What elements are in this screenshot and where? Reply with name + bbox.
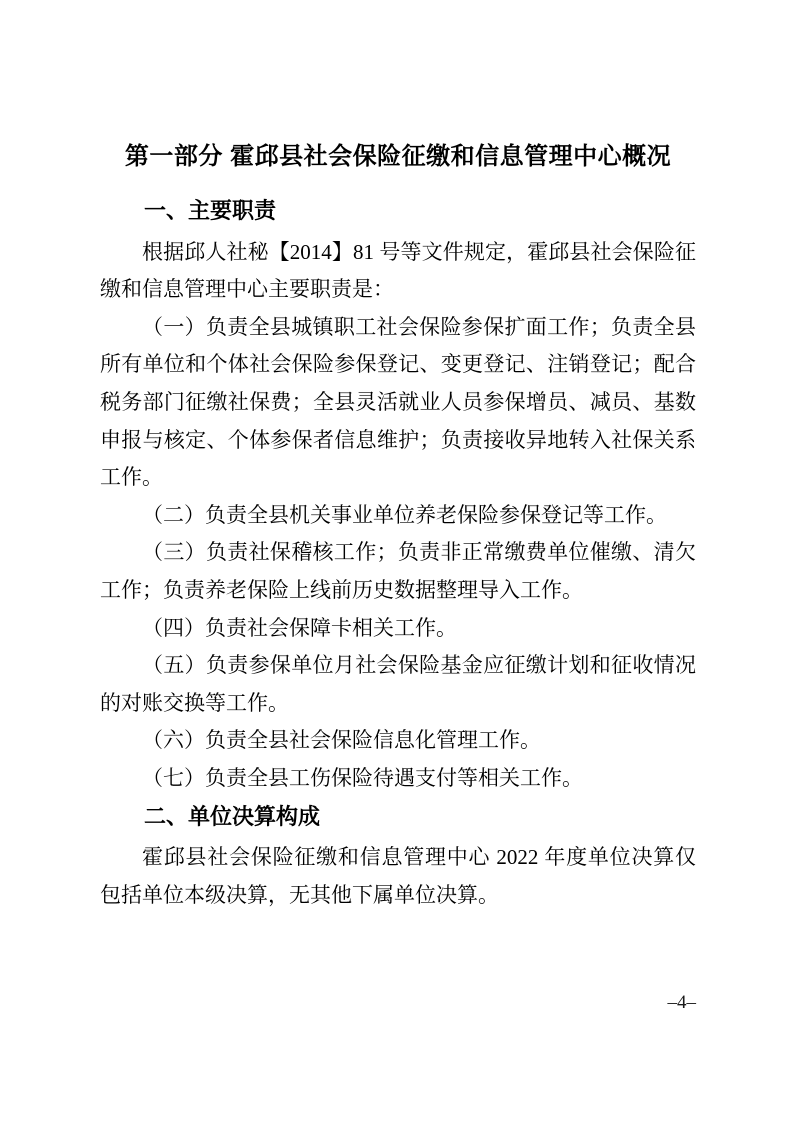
paragraph-duty-3: （三）负责社保稽核工作；负责非正常缴费单位催缴、清欠工作；负责养老保险上线前历史… xyxy=(100,534,696,609)
paragraph-duty-4: （四）负责社会保障卡相关工作。 xyxy=(100,610,696,648)
paragraph-final-accounts: 霍邱县社会保险征缴和信息管理中心 2022 年度单位决算仅包括单位本级决算，无其… xyxy=(100,839,696,914)
page-number: –4– xyxy=(668,991,697,1015)
section-heading-main-duties: 一、主要职责 xyxy=(100,192,696,230)
document-title: 第一部分 霍邱县社会保险征缴和信息管理中心概况 xyxy=(100,138,696,176)
paragraph-duty-6: （六）负责全县社会保险信息化管理工作。 xyxy=(100,722,696,760)
paragraph-duty-5: （五）负责参保单位月社会保险基金应征缴计划和征收情况的对账交换等工作。 xyxy=(100,647,696,722)
paragraph-duty-1: （一）负责全县城镇职工社会保险参保扩面工作；负责全县所有单位和个体社会保险参保登… xyxy=(100,309,696,497)
paragraph-duty-7: （七）负责全县工伤保险待遇支付等相关工作。 xyxy=(100,760,696,798)
document-page: 第一部分 霍邱县社会保险征缴和信息管理中心概况 一、主要职责 根据邱人社秘【20… xyxy=(0,0,793,1122)
section-main-duties: 一、主要职责 根据邱人社秘【2014】81 号等文件规定，霍邱县社会保险征缴和信… xyxy=(100,192,696,798)
paragraph-duty-2: （二）负责全县机关事业单位养老保险参保登记等工作。 xyxy=(100,497,696,535)
section-heading-unit-final-accounts: 二、单位决算构成 xyxy=(100,798,696,836)
section-unit-final-accounts: 二、单位决算构成 霍邱县社会保险征缴和信息管理中心 2022 年度单位决算仅包括… xyxy=(100,798,696,915)
paragraph-intro: 根据邱人社秘【2014】81 号等文件规定，霍邱县社会保险征缴和信息管理中心主要… xyxy=(100,234,696,309)
